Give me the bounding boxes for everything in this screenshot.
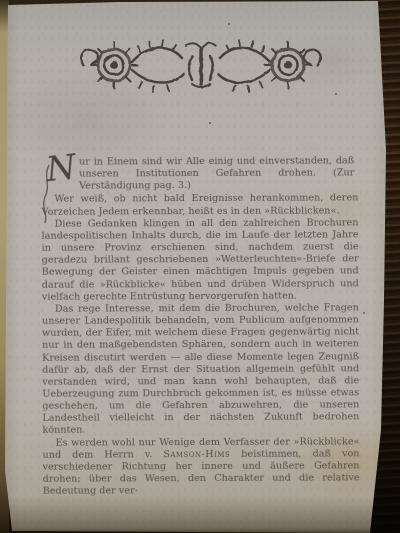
body-paragraph-4: Das rege Interesse, mit dem die Brochure… <box>42 302 360 437</box>
ink-speck <box>228 23 230 25</box>
dropcap-initial: N <box>45 155 77 183</box>
photo-background: Nur in Einem sind wir Alle einig und ein… <box>0 0 400 533</box>
ink-speck <box>335 93 337 95</box>
motto-text: ur in Einem sind wir Alle einig und einv… <box>79 155 354 192</box>
headpiece-ornament <box>74 36 328 94</box>
body-paragraph-2: Wer weiß, ob nicht bald Ereignisse heran… <box>41 193 358 219</box>
ink-speck <box>209 122 211 124</box>
body-paragraph-3: Diese Gedanken klingen in all den zahlre… <box>42 217 359 303</box>
floral-woodcut-icon <box>74 36 328 94</box>
body-paragraph-5: Es werden wohl nur Wenige dem Verfasser … <box>42 436 359 498</box>
motto-paragraph: Nur in Einem sind wir Alle einig und ein… <box>60 155 354 193</box>
page-text: Nur in Einem sind wir Alle einig und ein… <box>41 155 359 498</box>
book-page: Nur in Einem sind wir Alle einig und ein… <box>0 0 400 533</box>
author-name: Samson-Hims <box>163 449 230 460</box>
ink-speck <box>363 312 365 314</box>
